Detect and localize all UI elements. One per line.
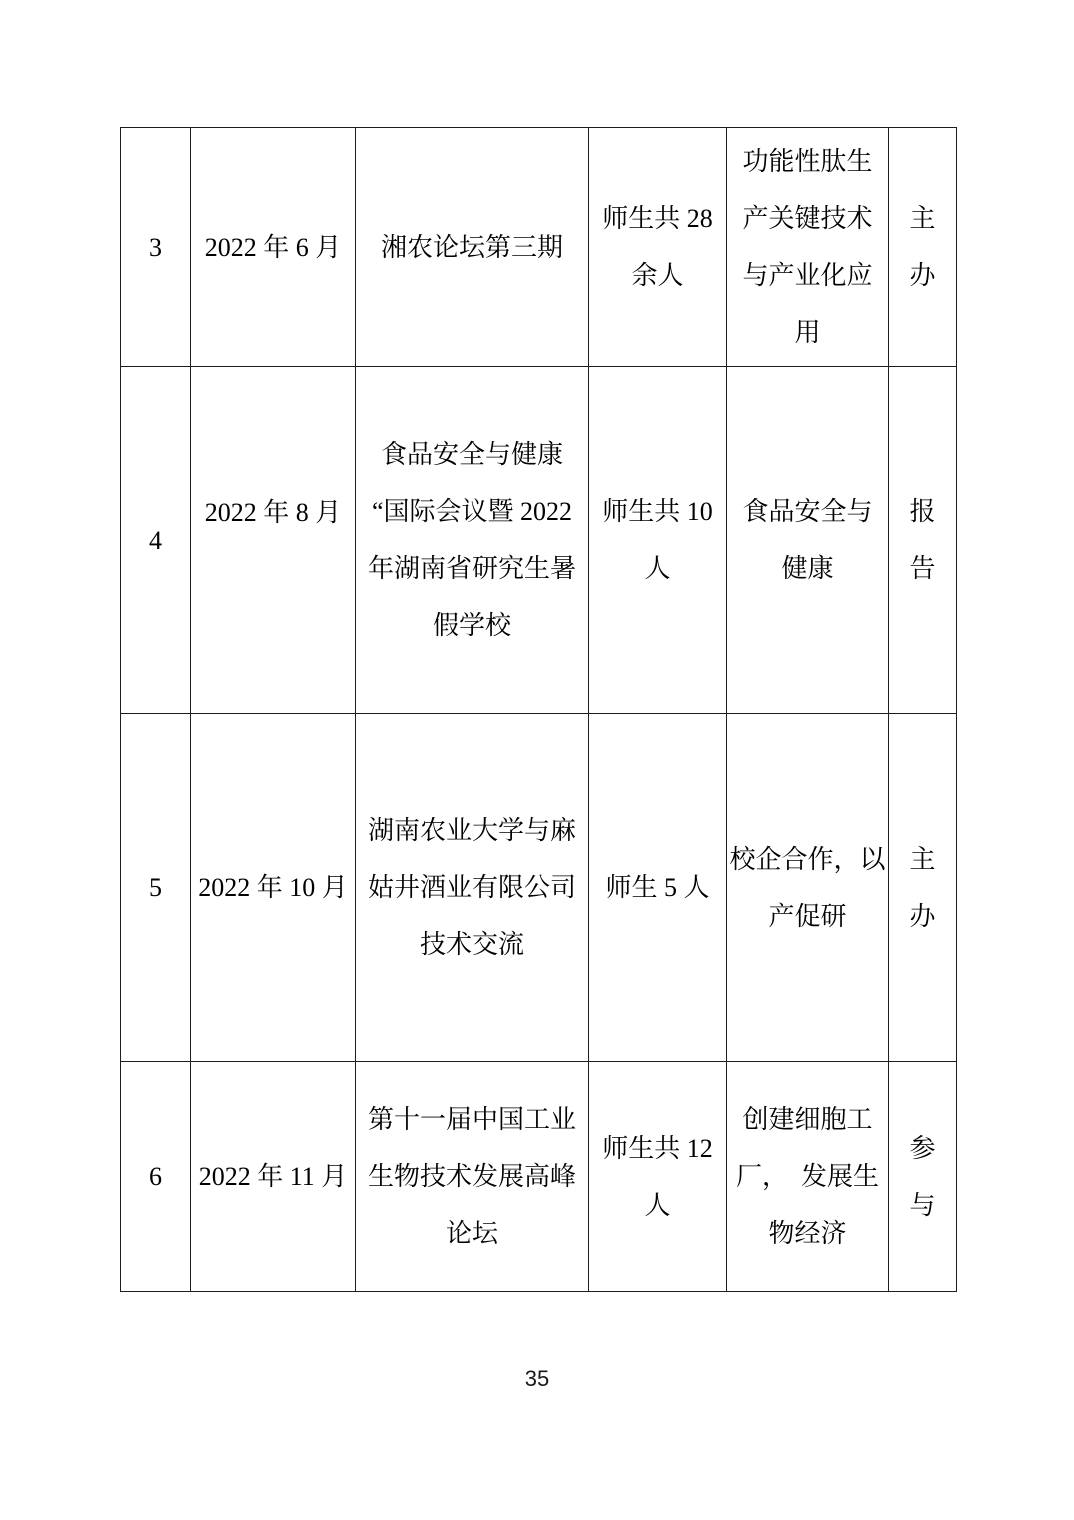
role-cell: 主 办 [889,128,957,367]
date-cell: 2022 年 8 月 [191,367,356,714]
participation-role: 报 告 [909,483,935,597]
event-cell: 湖南农业大学与麻 姑井酒业有限公司 技术交流 [356,714,589,1062]
event-topic: 校企合作，以 产促研 [729,831,885,945]
event-cell: 食品安全与健康 “国际会议暨 2022 年湖南省研究生暑 假学校 [356,367,589,714]
role-cell: 主 办 [889,714,957,1062]
participants-cell: 师生共 28 余人 [589,128,727,367]
row-number-cell: 5 [121,714,191,1062]
row-number: 3 [149,219,162,276]
row-number: 6 [149,1148,162,1205]
event-date: 2022 年 10 月 [198,859,348,916]
participants-cell: 师生共 12 人 [589,1062,727,1292]
date-cell: 2022 年 11 月 [191,1062,356,1292]
table-row: 5 2022 年 10 月 湖南农业大学与麻 姑井酒业有限公司 技术交流 师生 … [121,714,957,1062]
topic-cell: 功能性肽生 产关键技术 与产业化应 用 [727,128,889,367]
participation-role: 参 与 [909,1120,935,1234]
table-row: 6 2022 年 11 月 第十一届中国工业 生物技术发展高峰 论坛 师生共 1… [121,1062,957,1292]
participants-count: 师生共 28 余人 [602,190,713,304]
row-number-cell: 4 [121,367,191,714]
event-name: 第十一届中国工业 生物技术发展高峰 论坛 [368,1091,576,1262]
event-date: 2022 年 8 月 [205,484,342,541]
topic-cell: 创建细胞工 厂， 发展生 物经济 [727,1062,889,1292]
date-cell: 2022 年 10 月 [191,714,356,1062]
event-cell: 湘农论坛第三期 [356,128,589,367]
event-date: 2022 年 11 月 [199,1148,348,1205]
table-row: 4 2022 年 8 月 食品安全与健康 “国际会议暨 2022 年湖南省研究生… [121,367,957,714]
table-row: 3 2022 年 6 月 湘农论坛第三期 师生共 28 余人 功能性肽生 产关键… [121,128,957,367]
event-cell: 第十一届中国工业 生物技术发展高峰 论坛 [356,1062,589,1292]
page-number: 35 [0,1366,1074,1392]
participation-role: 主 办 [909,190,935,304]
event-name: 食品安全与健康 “国际会议暨 2022 年湖南省研究生暑 假学校 [368,426,576,654]
topic-cell: 校企合作，以 产促研 [727,714,889,1062]
event-topic: 功能性肽生 产关键技术 与产业化应 用 [742,133,872,361]
topic-cell: 食品安全与 健康 [727,367,889,714]
event-topic: 食品安全与 健康 [742,483,872,597]
participants-cell: 师生共 10 人 [589,367,727,714]
row-number-cell: 6 [121,1062,191,1292]
participants-count: 师生共 10 人 [602,483,713,597]
participants-count: 师生 5 人 [605,859,709,916]
role-cell: 参 与 [889,1062,957,1292]
event-name: 湘农论坛第三期 [381,219,563,276]
date-cell: 2022 年 6 月 [191,128,356,367]
event-date: 2022 年 6 月 [205,219,342,276]
row-number: 4 [149,512,162,569]
role-cell: 报 告 [889,367,957,714]
participants-count: 师生共 12 人 [602,1120,713,1234]
row-number-cell: 3 [121,128,191,367]
row-number: 5 [149,859,162,916]
participation-role: 主 办 [909,831,935,945]
participants-cell: 师生 5 人 [589,714,727,1062]
document-page: 3 2022 年 6 月 湘农论坛第三期 师生共 28 余人 功能性肽生 产关键… [0,0,1074,1520]
event-topic: 创建细胞工 厂， 发展生 物经济 [736,1091,879,1262]
event-name: 湖南农业大学与麻 姑井酒业有限公司 技术交流 [368,802,576,973]
events-table: 3 2022 年 6 月 湘农论坛第三期 师生共 28 余人 功能性肽生 产关键… [120,127,957,1292]
